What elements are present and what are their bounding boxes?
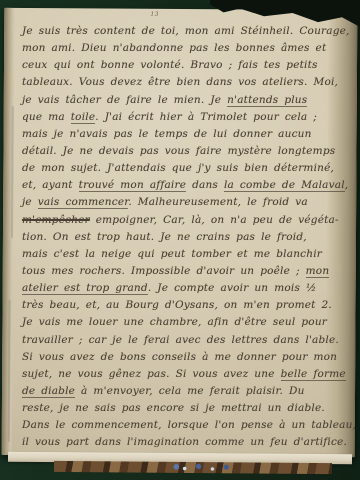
text-segment: mais c'est la neige qui peut tomber et m… <box>22 248 322 260</box>
text-segment: dans <box>186 179 224 191</box>
manuscript-line: tion. On est trop haut. Je ne crains pas… <box>22 229 332 246</box>
manuscript-line: reste, je ne sais pas encore si je mettr… <box>22 400 332 417</box>
text-segment: mon ami. Dieu n'abandonne pas les bonnes… <box>22 42 326 54</box>
text-segment: mais je n'avais pas le temps de lui donn… <box>22 128 312 140</box>
text-segment: vais commencer <box>38 196 129 209</box>
manuscript-line: Je vais me louer une chambre, afin d'êtr… <box>22 314 332 331</box>
text-segment: tous mes rochers. Impossible d'avoir un … <box>22 265 306 277</box>
text-segment: il vous part dans l'imagination comme un… <box>22 436 347 448</box>
text-segment: Dans le commencement, lorsque l'on pense… <box>22 419 356 431</box>
manuscript-line: il vous part dans l'imagination comme un… <box>22 434 332 451</box>
text-segment: n'attends plus <box>227 94 307 107</box>
manuscript-line: je vais tâcher de faire le mien. Je n'at… <box>22 92 332 109</box>
manuscript-line: travailler ; car je le ferai avec des le… <box>22 332 332 349</box>
manuscript-line: mon ami. Dieu n'abandonne pas les bonnes… <box>22 40 332 57</box>
text-segment: que ma <box>22 111 71 123</box>
text-segment: la combe de Malaval <box>224 179 345 192</box>
text-segment: m'empêcher <box>22 214 90 226</box>
manuscript-photograph: 13 Je suis très content de toi, mon ami … <box>0 0 360 480</box>
text-segment: je vais tâcher de faire le mien. Je <box>22 94 227 106</box>
text-segment: de diable <box>22 385 75 398</box>
manuscript-line: ceux qui ont bonne volonté. Bravo ; fais… <box>22 57 332 74</box>
text-segment: travailler ; car je le ferai avec des le… <box>22 334 339 346</box>
text-segment: , <box>345 179 349 191</box>
text-segment: de mon sujet. J'attendais que j'y suis b… <box>22 162 334 174</box>
manuscript-line: et, ayant trouvé mon affaire dans la com… <box>22 177 332 194</box>
text-segment: empoigner, Car, là, on n'a peu de végéta… <box>90 214 339 226</box>
text-segment: Je vais me louer une chambre, afin d'êtr… <box>22 316 327 328</box>
manuscript-line: détail. Je ne devais pas vous faire myst… <box>22 143 332 160</box>
text-segment: mon <box>306 265 330 278</box>
manuscript-line: que ma toile. J'ai écrit hier à Trimolet… <box>22 109 332 126</box>
text-segment: sujet, ne vous gênez pas. Si vous avez u… <box>22 368 281 380</box>
text-segment: et, ayant <box>22 179 79 191</box>
letter-text: Je suis très content de toi, mon ami Sté… <box>22 23 332 452</box>
text-segment: belle forme <box>281 368 346 381</box>
manuscript-line: m'empêcher empoigner, Car, là, on n'a pe… <box>22 212 332 229</box>
text-segment: ceux qui ont bonne volonté. Bravo ; fais… <box>22 59 318 71</box>
manuscript-line: tous mes rochers. Impossible d'avoir un … <box>22 263 332 280</box>
text-segment: tion. On est trop haut. Je ne crains pas… <box>22 231 307 243</box>
text-segment: atelier est trop grand <box>22 282 148 295</box>
text-segment: à m'envoyer, cela me ferait plaisir. Du <box>75 385 305 397</box>
letter-page: 13 Je suis très content de toi, mon ami … <box>2 8 358 457</box>
manuscript-line: de diable à m'envoyer, cela me ferait pl… <box>22 383 332 400</box>
manuscript-line: sujet, ne vous gênez pas. Si vous avez u… <box>22 366 332 383</box>
marbled-binding-strip <box>54 461 332 474</box>
text-segment: Si vous avez de bons conseils à me donne… <box>22 351 337 363</box>
text-segment: je <box>22 196 38 208</box>
manuscript-line: Si vous avez de bons conseils à me donne… <box>22 349 332 366</box>
page-number: 13 <box>150 11 159 18</box>
text-segment: toile <box>71 111 95 124</box>
manuscript-line: très beau, et, au Bourg d'Oysans, on m'e… <box>22 297 332 314</box>
text-segment: tableaux. Vous devez être bien dans vos … <box>22 76 338 88</box>
manuscript-line: je vais commencer. Malheureusement, le f… <box>22 194 332 211</box>
manuscript-line: Je suis très content de toi, mon ami Sté… <box>22 23 332 40</box>
text-segment: . Malheureusement, le froid va <box>128 196 308 208</box>
manuscript-line: mais je n'avais pas le temps de lui donn… <box>22 126 332 143</box>
text-segment: . Je compte avoir un mois ½ <box>148 282 317 294</box>
manuscript-line: de mon sujet. J'attendais que j'y suis b… <box>22 160 332 177</box>
text-segment: . J'ai écrit hier à Trimolet pour cela ; <box>95 111 317 123</box>
text-segment: détail. Je ne devais pas vous faire myst… <box>22 145 335 157</box>
text-segment: très beau, et, au Bourg d'Oysans, on m'e… <box>22 299 332 311</box>
manuscript-line: atelier est trop grand. Je compte avoir … <box>22 280 332 297</box>
manuscript-line: Dans le commencement, lorsque l'on pense… <box>22 417 332 434</box>
manuscript-line: mais c'est la neige qui peut tomber et m… <box>22 246 332 263</box>
text-segment: trouvé mon affaire <box>79 179 186 192</box>
text-segment: Je suis très content de toi, mon ami Sté… <box>22 25 350 37</box>
manuscript-line: tableaux. Vous devez être bien dans vos … <box>22 74 332 91</box>
text-segment: reste, je ne sais pas encore si je mettr… <box>22 402 325 414</box>
